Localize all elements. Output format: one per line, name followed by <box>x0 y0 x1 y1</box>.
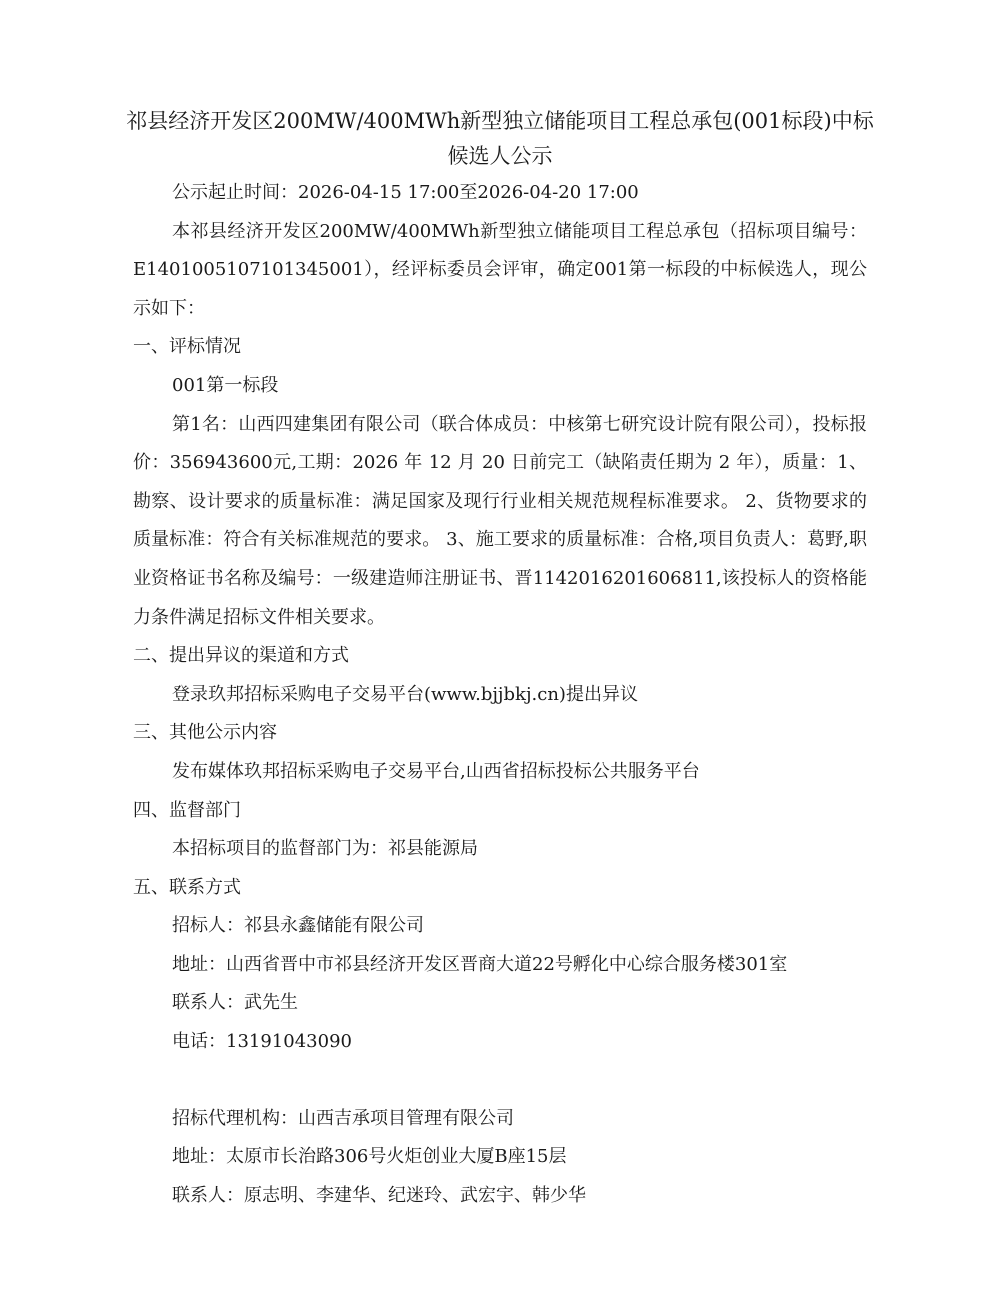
notice-period: 公示起止时间：2026-04-15 17:00至2026-04-20 17:00 <box>133 174 867 213</box>
tenderer-address: 地址：山西省晋中市祁县经济开发区晋商大道22号孵化中心综合服务楼301室 <box>133 946 867 985</box>
section-heading-evaluation: 一、评标情况 <box>133 328 867 367</box>
agency-contacts: 联系人：原志明、李建华、纪迷玲、武宏宇、韩少华 <box>133 1177 867 1216</box>
tenderer-contact: 联系人：武先生 <box>133 984 867 1023</box>
section-heading-other: 三、其他公示内容 <box>133 714 867 753</box>
title-line-2: 候选人公示 <box>113 139 887 174</box>
section-heading-contact: 五、联系方式 <box>133 869 867 908</box>
section-heading-supervision: 四、监督部门 <box>133 792 867 831</box>
supervision-text: 本招标项目的监督部门为：祁县能源局 <box>133 830 867 869</box>
other-text: 发布媒体玖邦招标采购电子交易平台,山西省招标投标公共服务平台 <box>133 753 867 792</box>
intro-paragraph: 本祁县经济开发区200MW/400MWh新型独立储能项目工程总承包（招标项目编号… <box>133 213 867 329</box>
candidate-paragraph: 第1名：山西四建集团有限公司（联合体成员：中核第七研究设计院有限公司），投标报价… <box>133 406 867 638</box>
agency-address: 地址：太原市长治路306号火炬创业大厦B座15层 <box>133 1138 867 1177</box>
tenderer-phone: 电话：13191043090 <box>133 1023 867 1062</box>
agency-name: 招标代理机构：山西吉承项目管理有限公司 <box>133 1100 867 1139</box>
spacer <box>133 1062 867 1100</box>
document-title: 祁县经济开发区200MW/400MWh新型独立储能项目工程总承包(001标段)中… <box>113 104 887 174</box>
title-line-1: 祁县经济开发区200MW/400MWh新型独立储能项目工程总承包(001标段)中… <box>113 104 887 139</box>
section-heading-objection: 二、提出异议的渠道和方式 <box>133 637 867 676</box>
lot-subheading: 001第一标段 <box>133 367 867 406</box>
objection-text: 登录玖邦招标采购电子交易平台(www.bjjbkj.cn)提出异议 <box>133 676 867 715</box>
document-page: 祁县经济开发区200MW/400MWh新型独立储能项目工程总承包(001标段)中… <box>133 104 867 1215</box>
tenderer-name: 招标人：祁县永鑫储能有限公司 <box>133 907 867 946</box>
